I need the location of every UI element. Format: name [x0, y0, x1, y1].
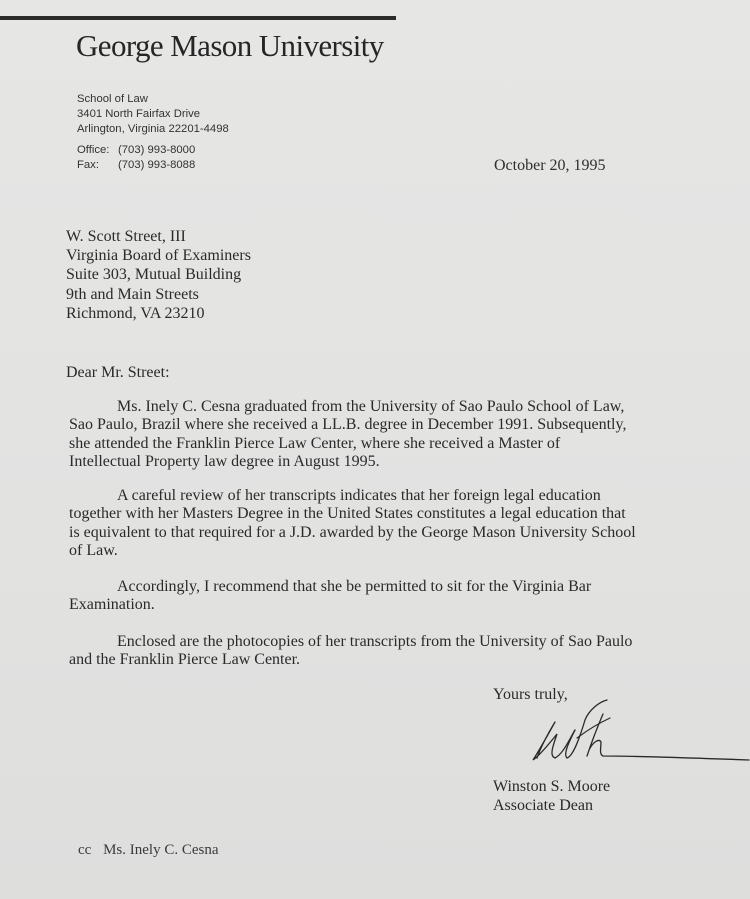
paragraph-line: A careful review of her transcripts indi… — [69, 487, 709, 505]
paragraph-line: Examination. — [69, 596, 709, 614]
body-paragraph: A careful review of her transcripts indi… — [69, 487, 709, 561]
fax-label: Fax: — [77, 158, 118, 173]
letter-date: October 20, 1995 — [494, 157, 606, 175]
paragraph-line: Intellectual Property law degree in Augu… — [69, 453, 709, 471]
paragraph-line: Ms. Inely C. Cesna graduated from the Un… — [69, 398, 709, 416]
institution-name: George Mason University — [76, 28, 384, 64]
letter-page: George Mason University School of Law 34… — [0, 0, 750, 899]
paragraph-line: together with her Masters Degree in the … — [69, 505, 709, 523]
signer-name: Winston S. Moore — [493, 777, 610, 796]
letterhead-contact: Office: (703) 993-8000 Fax: (703) 993-80… — [77, 143, 195, 173]
recipient-address: W. Scott Street, III Virginia Board of E… — [66, 227, 251, 323]
fax-row: Fax: (703) 993-8088 — [77, 158, 195, 173]
paragraph-line: Sao Paulo, Brazil where she received a L… — [69, 416, 709, 434]
fax-phone: (703) 993-8088 — [118, 158, 195, 173]
office-label: Office: — [77, 143, 118, 158]
paragraph-line: of Law. — [69, 542, 709, 560]
signer-title: Associate Dean — [493, 796, 610, 815]
letterhead-rule — [0, 16, 396, 20]
cc-label: cc — [78, 842, 91, 858]
cc-recipient: Ms. Inely C. Cesna — [103, 842, 218, 858]
recipient-line: 9th and Main Streets — [66, 285, 251, 304]
paragraph-line: she attended the Franklin Pierce Law Cen… — [69, 435, 709, 453]
recipient-line: Richmond, VA 23210 — [66, 304, 251, 323]
address-line: 3401 North Fairfax Drive — [77, 107, 229, 122]
address-line: School of Law — [77, 92, 229, 107]
body-paragraph: Ms. Inely C. Cesna graduated from the Un… — [69, 398, 709, 472]
body-paragraph: Accordingly, I recommend that she be per… — [69, 578, 709, 615]
signature-block: Winston S. Moore Associate Dean — [493, 777, 610, 815]
paragraph-line: is equivalent to that required for a J.D… — [69, 524, 709, 542]
paragraph-line: Accordingly, I recommend that she be per… — [69, 578, 709, 596]
paragraph-line: Enclosed are the photocopies of her tran… — [69, 633, 709, 651]
recipient-line: W. Scott Street, III — [66, 227, 251, 246]
paragraph-line: and the Franklin Pierce Law Center. — [69, 651, 709, 669]
recipient-line: Virginia Board of Examiners — [66, 246, 251, 265]
recipient-line: Suite 303, Mutual Building — [66, 265, 251, 284]
signature — [515, 696, 750, 776]
cc-line: cc Ms. Inely C. Cesna — [78, 842, 219, 859]
office-phone: (703) 993-8000 — [118, 143, 195, 158]
office-phone-row: Office: (703) 993-8000 — [77, 143, 195, 158]
letterhead-address: School of Law 3401 North Fairfax Drive A… — [77, 92, 229, 137]
address-line: Arlington, Virginia 22201-4498 — [77, 122, 229, 137]
body-paragraph: Enclosed are the photocopies of her tran… — [69, 633, 709, 670]
salutation: Dear Mr. Street: — [66, 364, 170, 382]
